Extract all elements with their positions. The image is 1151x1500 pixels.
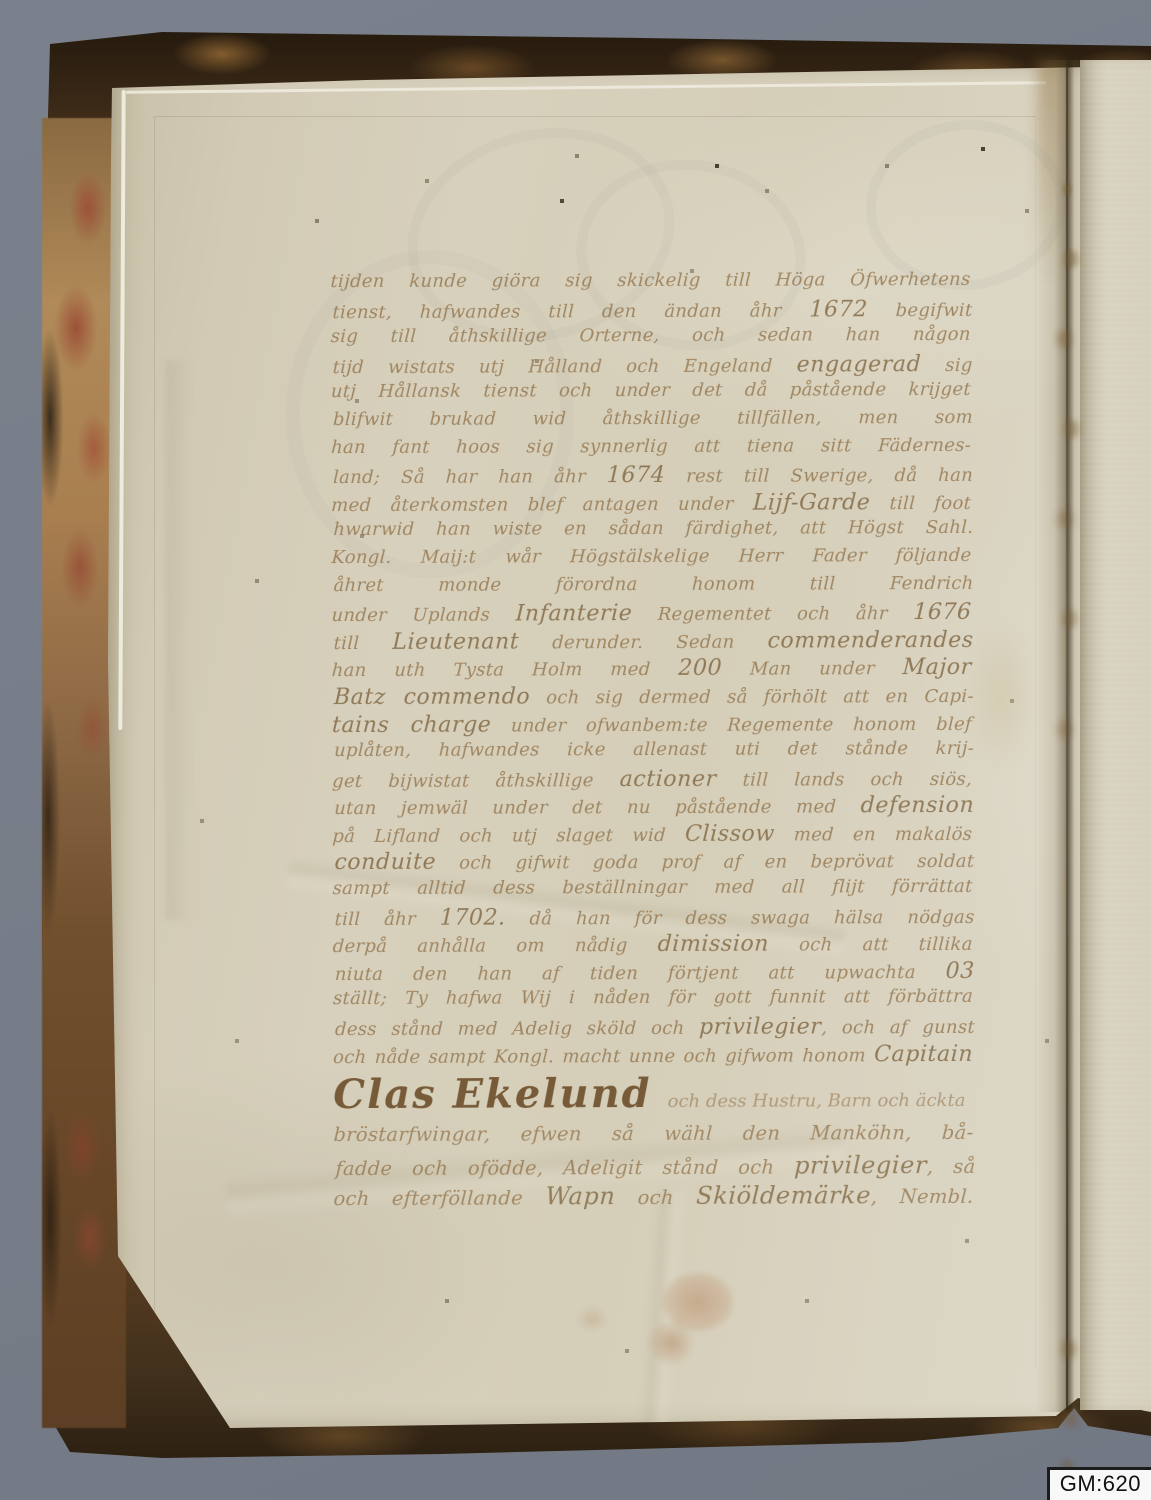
emphasized-word: Skiöldemärke: [696, 1181, 872, 1210]
manuscript-line: till åhr 1702. då han för dess swaga häl…: [334, 904, 975, 934]
emphasized-word: engagerad: [796, 352, 921, 377]
manuscript-line: get bijwistat åthskillige actioner till …: [331, 766, 972, 796]
emphasized-word: Major: [902, 655, 972, 680]
manuscript-line: niuta den han af tiden förtjent att upwa…: [334, 959, 975, 989]
emphasized-word: Capitain: [874, 1042, 974, 1067]
emphasized-word: Clissow: [684, 821, 775, 846]
manuscript-line: med återkomsten blef antagen under Lijf-…: [331, 490, 972, 520]
emphasized-word: privilegier: [699, 1014, 822, 1039]
catalog-number-label: GM:620: [1047, 1467, 1151, 1500]
gutter-stain-streak: [1036, 60, 1062, 280]
manuscript-line: åhret monde förordna honom till Fendrich: [333, 572, 974, 602]
manuscript-line: derpå anhålla om nådig dimission och att…: [332, 931, 973, 961]
stain: [966, 620, 1036, 770]
recipient-name: Clas Ekelund: [333, 1070, 652, 1118]
manuscript-line: och nåde sampt Kongl. macht unne och gif…: [332, 1042, 973, 1072]
manuscript-line: utj Hållansk tienst och under det då pås…: [330, 379, 971, 409]
emphasized-word: defension: [860, 793, 974, 818]
name-clas-ekelund: Clas Ekelundoch dess Hustru, Barn och äc…: [333, 1069, 973, 1123]
emphasized-word: 200: [678, 656, 723, 681]
manuscript-line: land; Så har han åhr 1674 rest till Swer…: [333, 462, 974, 492]
manuscript-line: tijd wistats utj Hålland och Engeland en…: [332, 352, 973, 382]
emphasized-word: commenderandes: [767, 628, 974, 654]
stain: [576, 1306, 608, 1332]
manuscript-line: under Uplands Infanterie Regementet och …: [331, 600, 972, 630]
manuscript-line: hwarwid han wiste en sådan färdighet, at…: [333, 517, 974, 547]
manuscript-line: ställt; Ty hafwa Wij i nåden för gott fu…: [332, 986, 973, 1016]
manuscript-line: bröstarfwingar, efwen så wähl den Manköh…: [333, 1121, 974, 1153]
gutter-crease-line: [1066, 60, 1068, 1412]
stain: [648, 1320, 694, 1366]
photo-backdrop: tijden kunde giöra sig skickelig till Hö…: [0, 0, 1151, 1500]
parchment-page: tijden kunde giöra sig skickelig till Hö…: [106, 60, 1151, 1430]
emphasized-word: actioner: [619, 766, 717, 791]
emphasized-word: 1674: [607, 463, 666, 488]
manuscript-line: blifwit brukad wid åthskillige tillfälle…: [332, 407, 973, 437]
gutter-stains: [1060, 180, 1074, 198]
emphasized-word: Lieutenant: [392, 629, 520, 654]
manuscript-line: Kongl. Maij:t wår Högstälskelige Herr Fa…: [331, 545, 972, 575]
emphasized-word: 1672: [809, 297, 868, 322]
emphasized-word: Wapn: [545, 1182, 616, 1210]
emphasized-word: 1702.: [439, 905, 506, 930]
manuscript-text: tijden kunde giöra sig skickelig till Hö…: [330, 269, 973, 1213]
emphasized-word: Infanterie: [515, 601, 633, 626]
manuscript-line: tijden kunde giöra sig skickelig till Hö…: [330, 269, 971, 299]
emphasized-word: conduite: [334, 850, 436, 875]
page-left-edge: [118, 90, 125, 730]
manuscript-line: han fant hoos sig synnerlig att tiena si…: [330, 434, 971, 464]
manuscript-line: Batz commendo och sig dermed så förhölt …: [333, 683, 974, 713]
manuscript-line: fadde och ofödde, Adeligit stånd och pri…: [335, 1151, 976, 1183]
parchment-crease: [166, 360, 192, 920]
emphasized-word: tains charge: [331, 712, 492, 738]
emphasized-word: Lijf-Garde: [752, 490, 871, 515]
manuscript-line: till Lieutenant derunder. Sedan commende…: [333, 628, 974, 658]
emphasized-word: 1676: [913, 600, 973, 625]
manuscript-line: utan jemwäl under det nu påstående med d…: [334, 793, 975, 823]
name-line-continuation: och dess Hustru, Barn och äckta: [668, 1090, 966, 1112]
manuscript-line: conduite och gifwit goda prof af en bepr…: [334, 848, 975, 878]
emphasized-word: Batz commendo: [333, 684, 530, 710]
manuscript-line: tienst, hafwandes till den ändan åhr 167…: [332, 296, 973, 326]
manuscript-line: dess stånd med Adelig sköld och privileg…: [335, 1014, 976, 1044]
manuscript-line: tains charge under ofwanbem:te Regemente…: [331, 710, 972, 740]
manuscript-line: sampt alltid dess beställningar med all …: [332, 876, 973, 906]
emphasized-word: privilegier: [794, 1151, 928, 1179]
gutter-fold: [1036, 60, 1098, 1412]
manuscript-line: uplåten, hafwandes icke allenast uti det…: [334, 738, 975, 768]
manuscript-line: och efterföllande Wapn och Skiöldemärke,…: [333, 1181, 974, 1213]
emphasized-word: 03: [945, 959, 975, 984]
emphasized-word: dimission: [657, 932, 770, 957]
manuscript-line: han uth Tysta Holm med 200 Man under Maj…: [331, 655, 972, 685]
manuscript-line: på Lifland och utj slaget wid Clissow me…: [332, 821, 973, 851]
manuscript-line: sig till åthskillige Orterne, och sedan …: [330, 324, 971, 354]
